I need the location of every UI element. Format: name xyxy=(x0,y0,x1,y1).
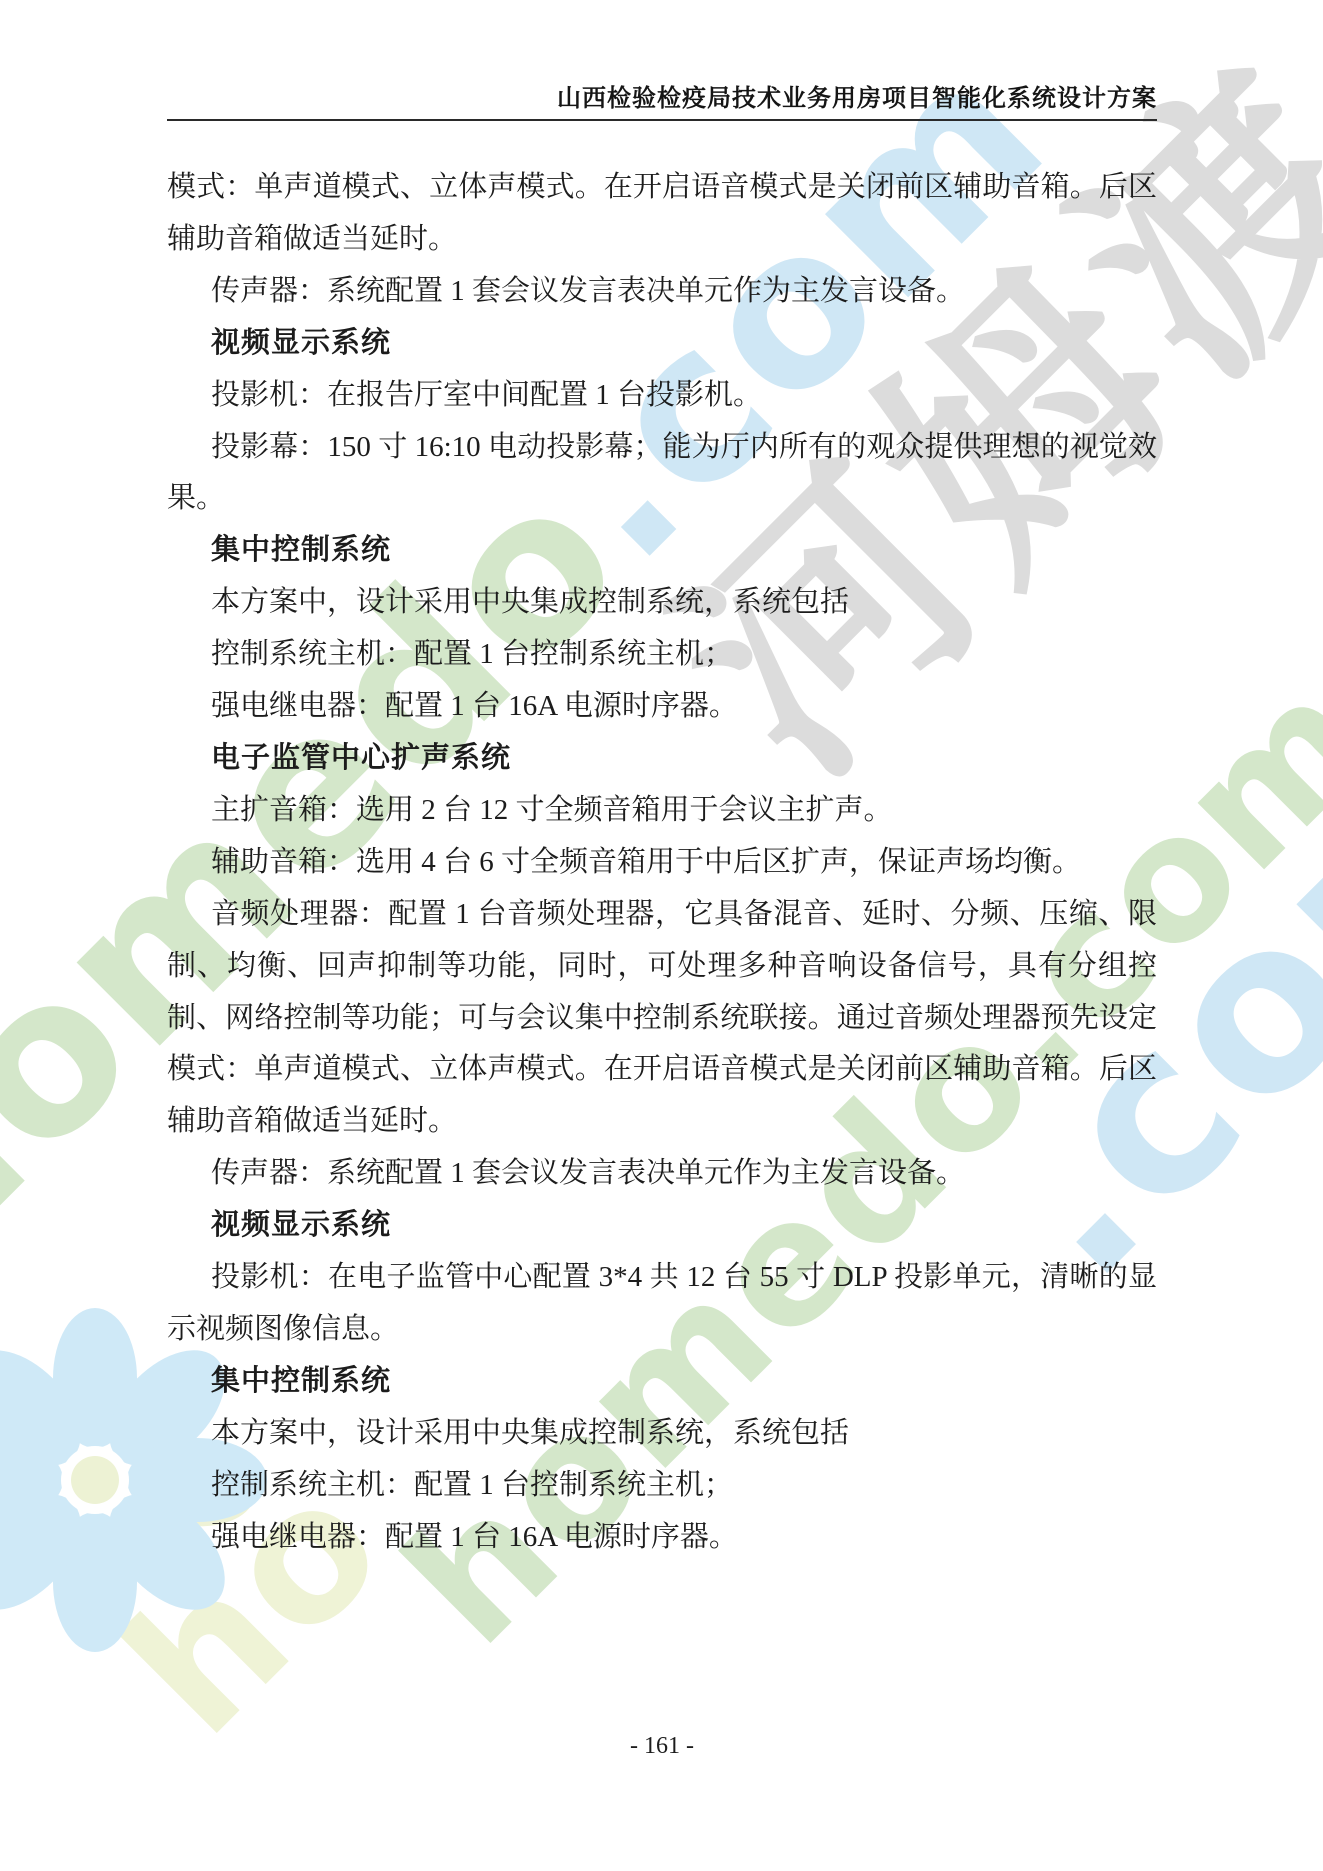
text-line: 投影幕：150 寸 16:10 电动投影幕；能为厅内所有的观众提供理想的视觉效 xyxy=(167,422,1157,474)
text-line: 辅助音箱：选用 4 台 6 寸全频音箱用于中后区扩声，保证声场均衡。 xyxy=(167,837,1157,889)
text-line: 制、均衡、回声抑制等功能，同时，可处理多种音响设备信号，具有分组控 xyxy=(167,941,1157,993)
text-line: 示视频图像信息。 xyxy=(167,1304,1157,1356)
section-heading: 视频显示系统 xyxy=(167,318,1157,370)
text-line: 控制系统主机：配置 1 台控制系统主机； xyxy=(167,629,1157,681)
text-line: 模式：单声道模式、立体声模式。在开启语音模式是关闭前区辅助音箱。后区 xyxy=(167,1044,1157,1096)
text-line: 控制系统主机：配置 1 台控制系统主机； xyxy=(167,1460,1157,1512)
text-line: 果。 xyxy=(167,473,1157,525)
section-heading: 电子监管中心扩声系统 xyxy=(167,733,1157,785)
text-line: 投影机：在电子监管中心配置 3*4 共 12 台 55 寸 DLP 投影单元，清… xyxy=(167,1252,1157,1304)
text-line: 传声器：系统配置 1 套会议发言表决单元作为主发言设备。 xyxy=(167,266,1157,318)
text-line: 强电继电器：配置 1 台 16A 电源时序器。 xyxy=(167,1512,1157,1564)
text-line: 主扩音箱：选用 2 台 12 寸全频音箱用于会议主扩声。 xyxy=(167,785,1157,837)
page-header-title: 山西检验检疫局技术业务用房项目智能化系统设计方案 xyxy=(557,78,1157,113)
text-line: 辅助音箱做适当延时。 xyxy=(167,1096,1157,1148)
text-line: 辅助音箱做适当延时。 xyxy=(167,214,1157,266)
text-line: 投影机：在报告厅室中间配置 1 台投影机。 xyxy=(167,370,1157,422)
text-line: 强电继电器：配置 1 台 16A 电源时序器。 xyxy=(167,681,1157,733)
text-line: 模式：单声道模式、立体声模式。在开启语音模式是关闭前区辅助音箱。后区 xyxy=(167,162,1157,214)
text-line: 本方案中，设计采用中央集成控制系统，系统包括 xyxy=(167,1408,1157,1460)
body-text: 模式：单声道模式、立体声模式。在开启语音模式是关闭前区辅助音箱。后区辅助音箱做适… xyxy=(167,162,1157,1563)
document-page: homedo.com 河姆渡 homedo.com .com ho xyxy=(0,0,1323,1871)
section-heading: 集中控制系统 xyxy=(167,525,1157,577)
text-line: 本方案中，设计采用中央集成控制系统，系统包括 xyxy=(167,577,1157,629)
page-number: - 161 - xyxy=(167,1733,1157,1760)
header-divider xyxy=(167,119,1157,121)
text-line: 传声器：系统配置 1 套会议发言表决单元作为主发言设备。 xyxy=(167,1148,1157,1200)
section-heading: 集中控制系统 xyxy=(167,1356,1157,1408)
section-heading: 视频显示系统 xyxy=(167,1200,1157,1252)
text-line: 音频处理器：配置 1 台音频处理器，它具备混音、延时、分频、压缩、限 xyxy=(167,889,1157,941)
text-line: 制、网络控制等功能；可与会议集中控制系统联接。通过音频处理器预先设定 xyxy=(167,993,1157,1045)
